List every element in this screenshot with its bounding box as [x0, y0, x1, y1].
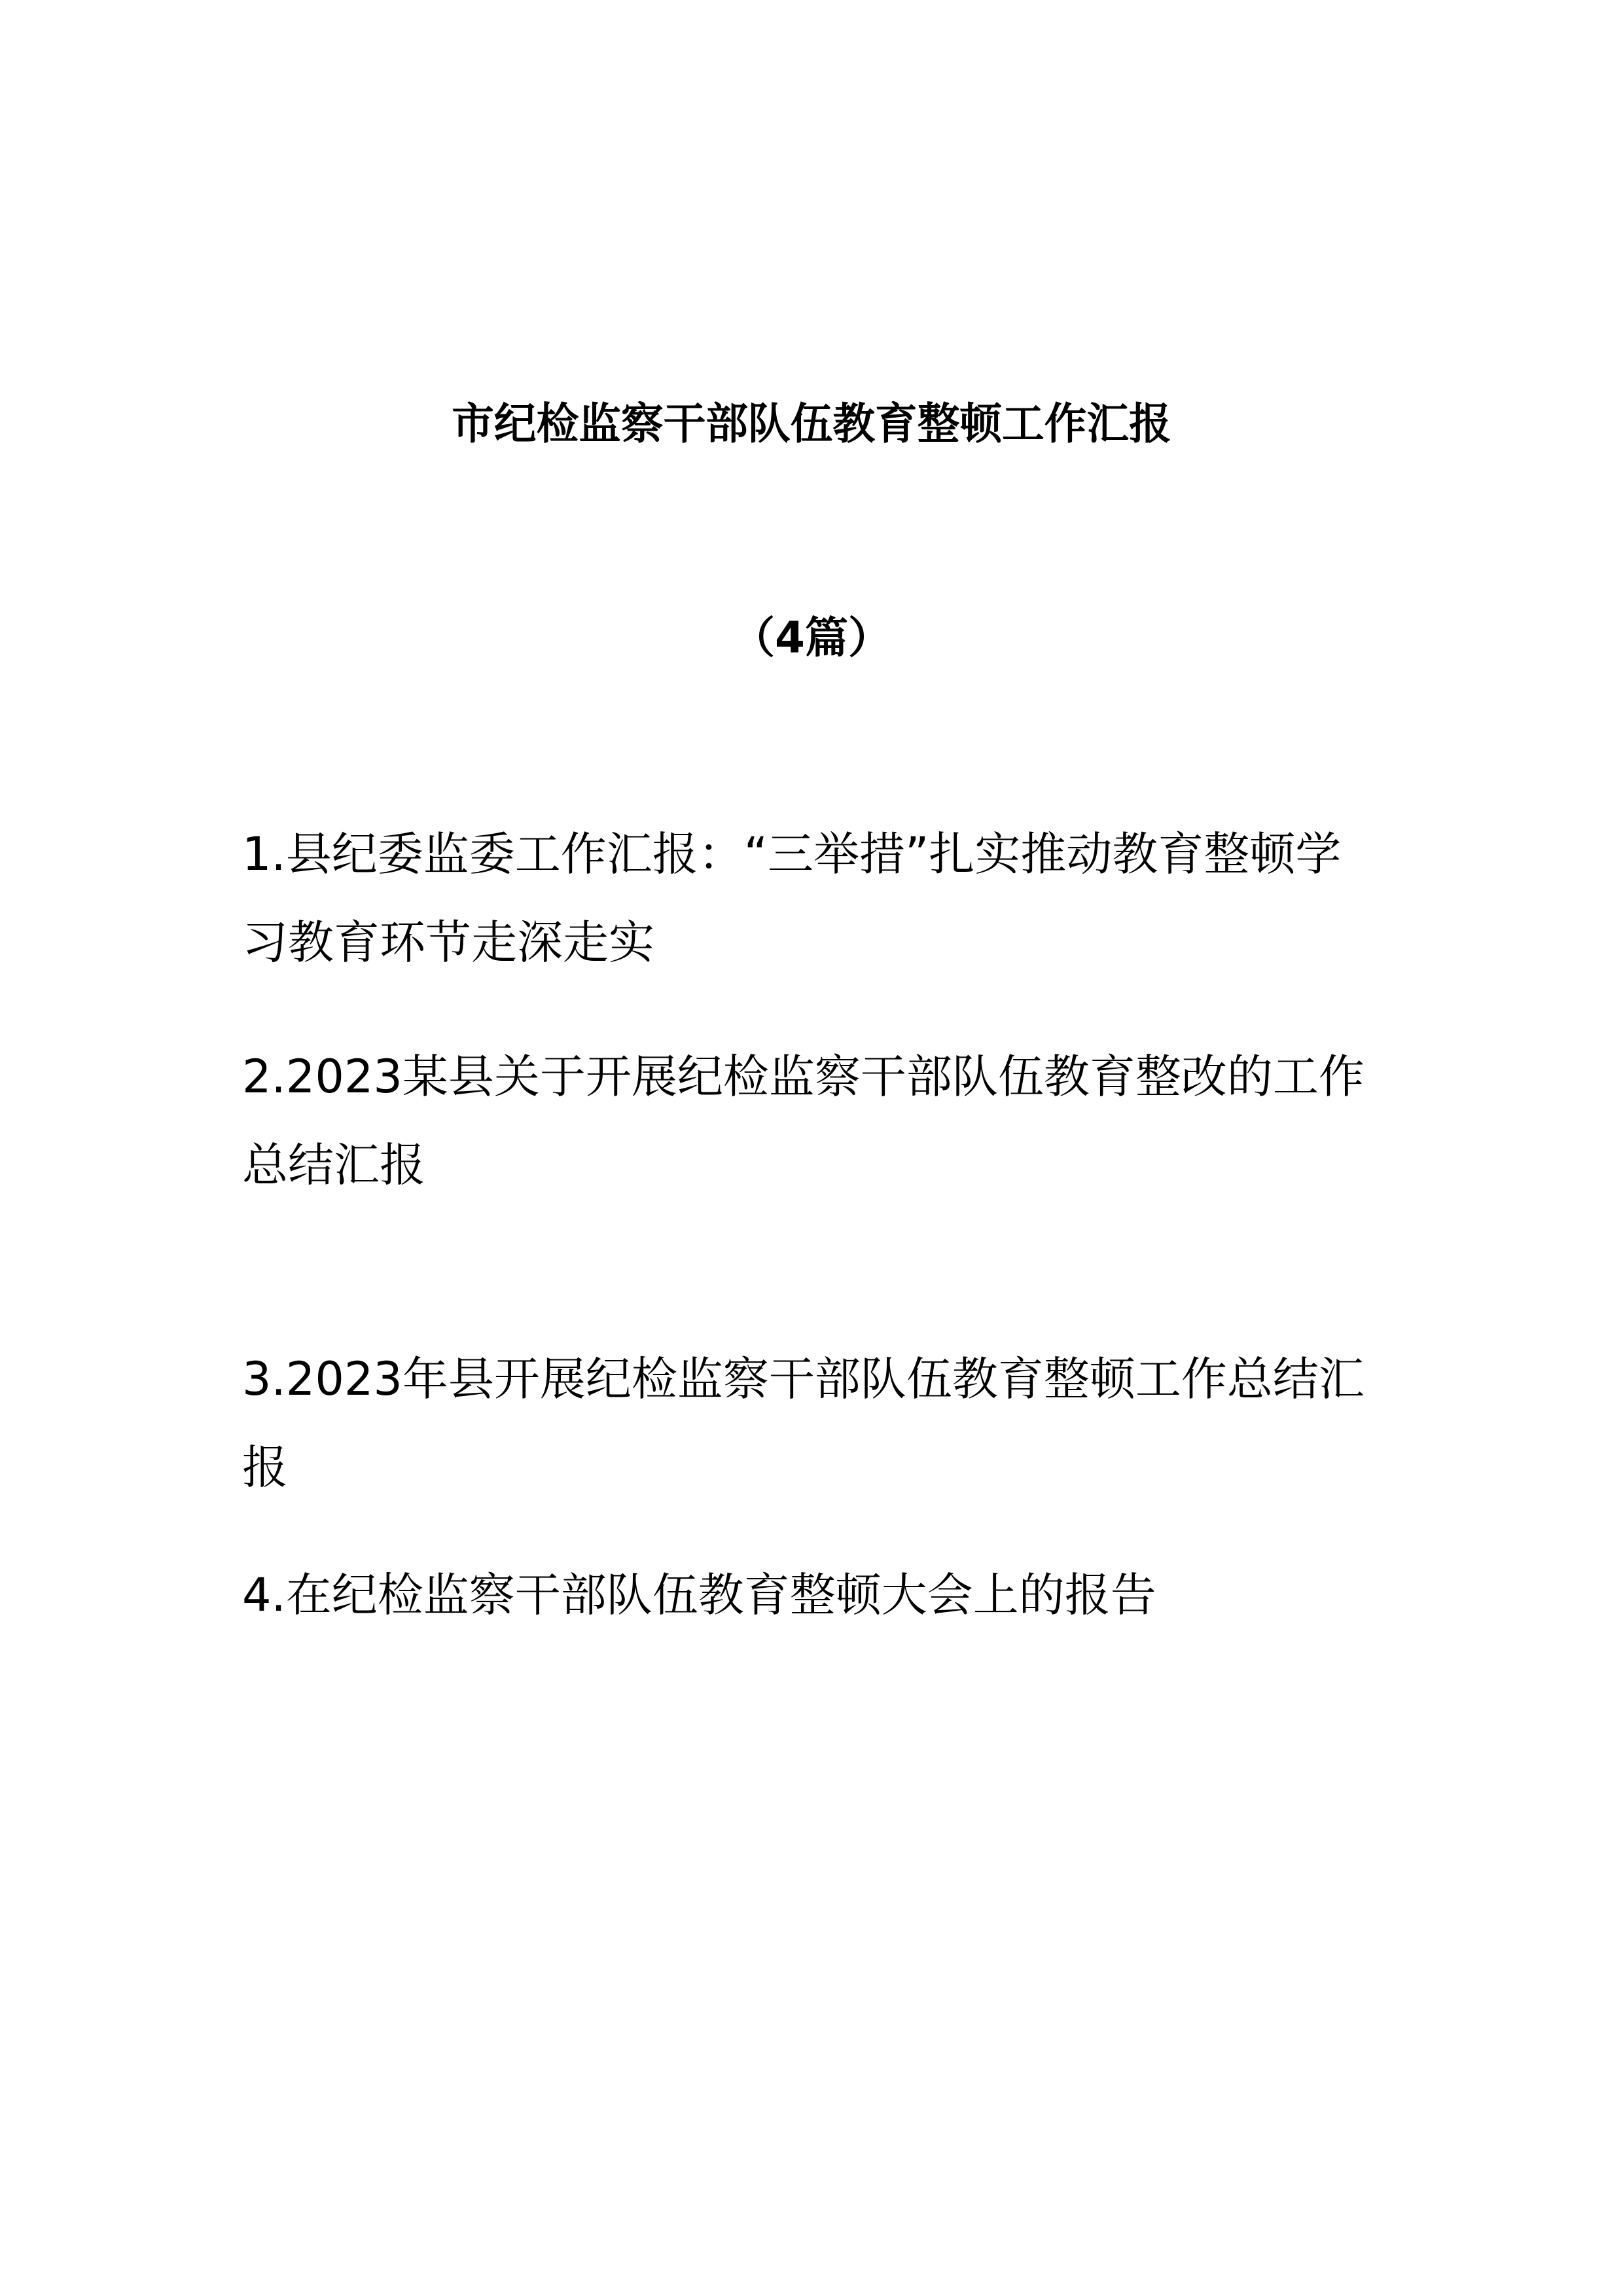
document-subtitle: （4篇）: [0, 605, 1623, 671]
document-page: 市纪检监察干部队伍教育整顿工作汇报 （4篇） 1.县纪委监委工作汇报：“三举措”…: [0, 0, 1623, 2296]
list-item: 1.县纪委监委工作汇报：“三举措”扎实推动教育整顿学习教育环节走深走实: [242, 810, 1381, 987]
list-item: 3.2023年县开展纪检监察干部队伍教育整顿工作总结汇报: [242, 1335, 1381, 1512]
list-item: 4.在纪检监察干部队伍教育整顿大会上的报告: [242, 1551, 1381, 1640]
list-item: 2.2023某县关于开展纪检监察干部队伍教育整改的工作总结汇报: [242, 1033, 1381, 1210]
document-title: 市纪检监察干部队伍教育整顿工作汇报: [16, 391, 1607, 457]
